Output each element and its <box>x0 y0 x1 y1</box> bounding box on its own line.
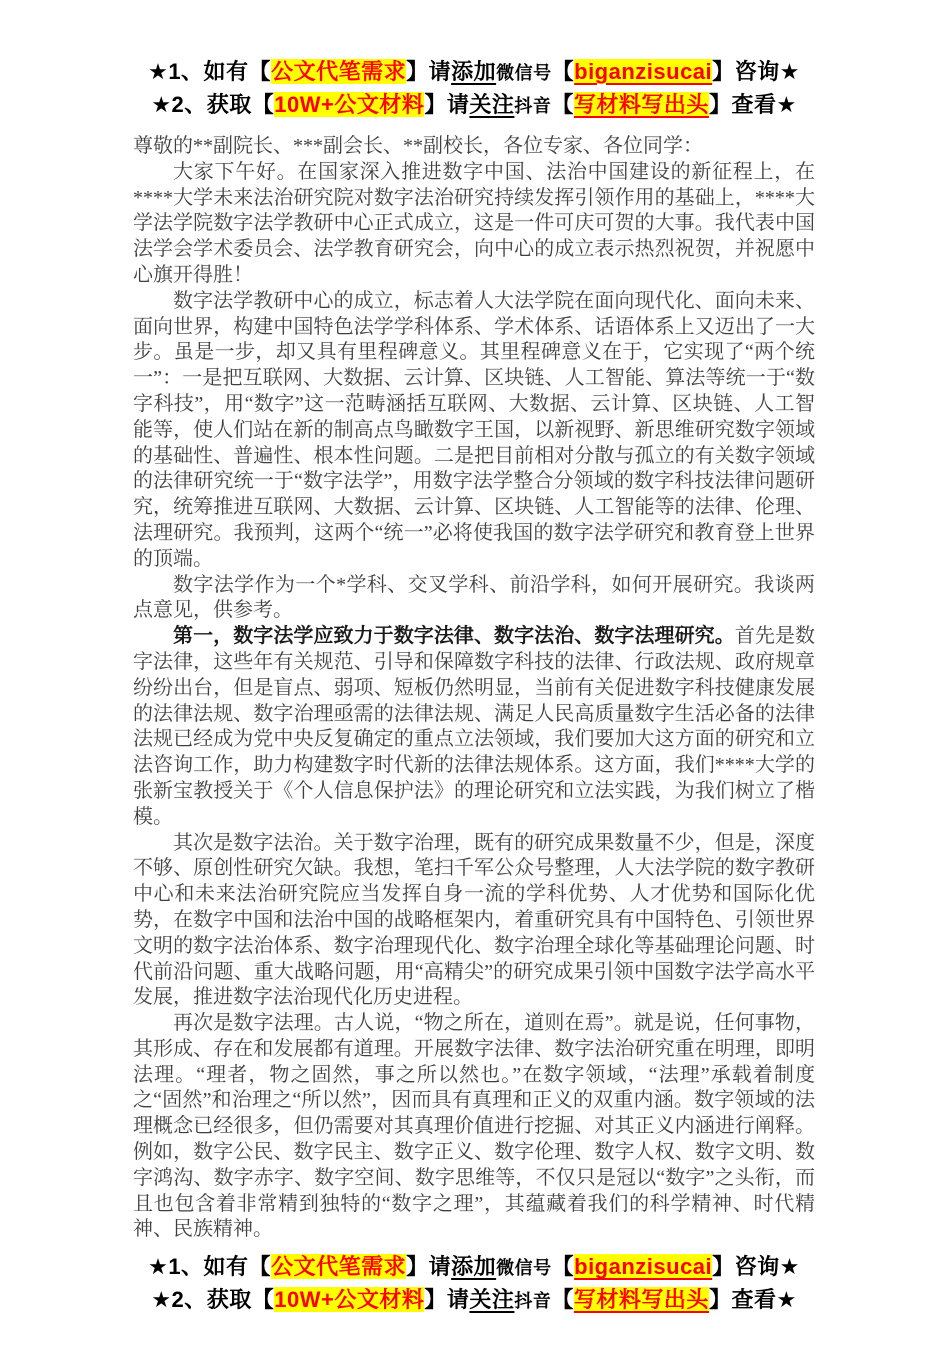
promo-text: 】请 <box>406 1254 451 1279</box>
wechat-id: biganzisucai <box>574 1254 712 1279</box>
keyword-materials: 10W+公文材料 <box>274 92 424 117</box>
action-add: 添加 <box>451 59 496 84</box>
label-douyin: 抖音 <box>514 1291 551 1311</box>
promo-text: 】请 <box>424 92 469 117</box>
keyword-materials: 10W+公文材料 <box>274 1287 424 1312</box>
paragraph-point-legal-theory: 再次是数字法理。古人说，“物之所在，道则在焉”。就是说，任何事物，其形成、存在和… <box>133 1011 815 1243</box>
promo-prefix: ★2、获取【 <box>151 92 274 117</box>
label-wechat: 微信号 <box>496 63 552 83</box>
paragraph-point-one: 第一，数字法学应致力于数字法律、数字法治、数字法理研究。首先是数字法律，这些年有… <box>133 624 815 830</box>
label-douyin: 抖音 <box>514 96 551 116</box>
promo-suffix: 】咨询★ <box>712 1254 800 1279</box>
promo-line-2: ★2、获取【10W+公文材料】请关注抖音【写材料写出头】查看★ <box>133 1284 815 1317</box>
keyword-daibi: 公文代笔需求 <box>271 59 406 84</box>
promo-line-2: ★2、获取【10W+公文材料】请关注抖音【写材料写出头】查看★ <box>133 89 815 122</box>
keyword-daibi: 公文代笔需求 <box>271 1254 406 1279</box>
promo-suffix: 】查看★ <box>709 92 797 117</box>
promo-suffix: 】咨询★ <box>712 59 800 84</box>
paragraph-salutation: 尊敬的**副院长、***副会长、**副校长，各位专家、各位同学： <box>133 134 815 160</box>
paragraph-text: 数字法学教研中心的成立，标志着人大法学院在面向现代化、面向未来、面向世界，构建中… <box>133 290 815 570</box>
paragraph-text: 尊敬的**副院长、***副会长、**副校长，各位专家、各位同学： <box>133 135 703 157</box>
paragraph-text: 再次是数字法理。古人说，“物之所在，道则在焉”。就是说，任何事物，其形成、存在和… <box>133 1012 815 1240</box>
promo-text: 【 <box>551 1287 574 1312</box>
promo-prefix: ★1、如有【 <box>148 59 271 84</box>
promo-prefix: ★1、如有【 <box>148 1254 271 1279</box>
promo-banner-bottom: ★1、如有【公文代笔需求】请添加微信号【biganzisucai】咨询★★2、获… <box>133 1251 815 1317</box>
wechat-id: biganzisucai <box>574 59 712 84</box>
paragraph-milestone: 数字法学教研中心的成立，标志着人大法学院在面向现代化、面向未来、面向世界，构建中… <box>133 289 815 573</box>
paragraph-greeting: 大家下午好。在国家深入推进数字中国、法治中国建设的新征程上，在****大学未来法… <box>133 160 815 289</box>
paragraph-two-points-intro: 数字法学作为一个*学科、交叉学科、前沿学科，如何开展研究。我谈两点意见，供参考。 <box>133 573 815 625</box>
action-add: 添加 <box>451 1254 496 1279</box>
promo-text: 【 <box>552 1254 575 1279</box>
paragraph-text: 首先是数字法律，这些年有关规范、引导和保障数字科技的法律、行政法规、政府规章纷纷… <box>133 625 815 828</box>
paragraph-text: 大家下午好。在国家深入推进数字中国、法治中国建设的新征程上，在****大学未来法… <box>133 161 815 286</box>
douyin-account: 写材料写出头 <box>574 92 709 117</box>
promo-line-1: ★1、如有【公文代笔需求】请添加微信号【biganzisucai】咨询★ <box>133 1251 815 1284</box>
action-follow: 关注 <box>469 1287 514 1312</box>
label-wechat: 微信号 <box>496 1258 552 1278</box>
document-page: ★1、如有【公文代笔需求】请添加微信号【biganzisucai】咨询★★2、获… <box>0 0 950 1357</box>
promo-text: 【 <box>551 92 574 117</box>
action-follow: 关注 <box>469 92 514 117</box>
paragraph-text: 数字法学作为一个*学科、交叉学科、前沿学科，如何开展研究。我谈两点意见，供参考。 <box>133 574 815 622</box>
promo-line-1: ★1、如有【公文代笔需求】请添加微信号【biganzisucai】咨询★ <box>133 56 815 89</box>
douyin-account: 写材料写出头 <box>574 1287 709 1312</box>
promo-text: 】请 <box>406 59 451 84</box>
promo-suffix: 】查看★ <box>709 1287 797 1312</box>
paragraph-point-governance: 其次是数字法治。关于数字治理，既有的研究成果数量不少，但是，深度不够、原创性研究… <box>133 831 815 1012</box>
paragraph-text: 其次是数字法治。关于数字治理，既有的研究成果数量不少，但是，深度不够、原创性研究… <box>133 832 815 1009</box>
promo-banner-top: ★1、如有【公文代笔需求】请添加微信号【biganzisucai】咨询★★2、获… <box>133 56 815 122</box>
promo-prefix: ★2、获取【 <box>151 1287 274 1312</box>
promo-text: 】请 <box>424 1287 469 1312</box>
promo-text: 【 <box>552 59 575 84</box>
paragraph-lead-bold: 第一，数字法学应致力于数字法律、数字法治、数字法理研究。 <box>173 625 735 647</box>
document-body: 尊敬的**副院长、***副会长、**副校长，各位专家、各位同学：大家下午好。在国… <box>133 134 815 1243</box>
